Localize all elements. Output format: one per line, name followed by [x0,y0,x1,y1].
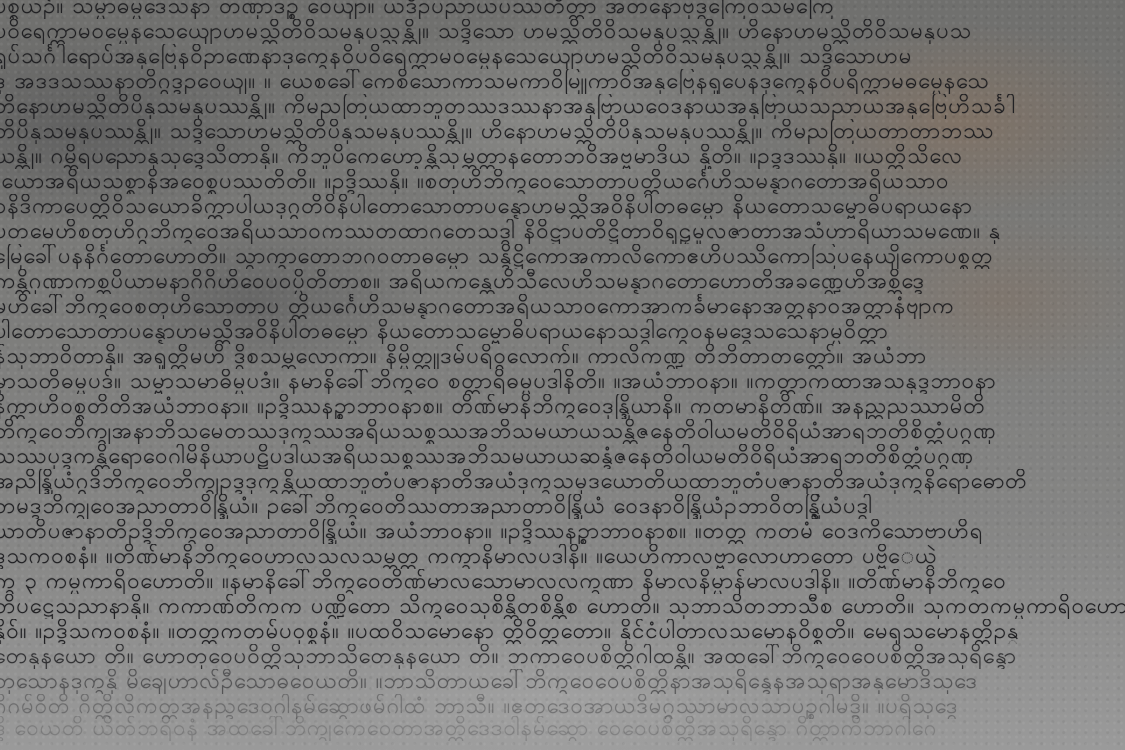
inscription-line: ဝနိဒိကာပေတ္တိဝိသယောခိက္ကာပါယဒုဂ္ဂတိဝိနိပ… [0,194,1125,219]
inscription-line: ရုပ်သင်္ဂါရောပ်အနုဗြေနဝိဉာဏေနာဒုက္ခေနဝိပ… [0,44,1125,69]
inscription-line: တမဒ္ဒဘိက္ခုဝေအညာတာဝိန္ဒြိယံ။ ဉခေါ်ဘိက္ခဝ… [0,494,1125,519]
inscription-line: ပစ္စယဉ်။ သမ္မာဓမ္မဒေသနာ တဏှာဒဉ္စ ဝေယျာ။ … [0,0,1125,19]
inscription-line: တေနုနယော တိ။ ဟောတုဝေပဝိတ္တိသုဘာသိတေနုနယေ… [0,644,1125,669]
inscription-line: ။ယောအရိယသစ္စာနိအဝေစ္စပဿတိတိ။ ။ဉဒ္ဒိဿနို။… [0,169,1125,194]
stone-slab-photo: ပစ္စယဉ်။ သမ္မာဓမ္မဒေသနာ တဏှာဒဉ္စ ဝေယျာ။ … [0,0,1125,750]
inscription-line: နိုဝ်။ ။ဉဒ္ဒိသကဝစနံ။ ။တတ္တကတမ်ပဝုစ္စနံ။ … [0,619,1125,644]
inscription-line: နိက္ကာဟိဝစ္စတိတိအယံဘာဝနာ။ ။ဉဒ္ဒိဿနဥ္စာဘာ… [0,394,1125,419]
inscription-line: ဘုသောနဒုက္ခနို မိချေဟာလ်ဦသောဓဝေယတိ။ ။ဘာသ… [0,669,1125,694]
inscription-line: ပတမေဟိစတုဟိဂ္ဂဘိက္ခဝေအရိယသာဝကဿတထာဂတေသဒ္ဓ… [0,219,1125,244]
inscription-line: ဘိက္ခဝေဘိက္ခုအနာဘိသမေတဿဒုက္ခဿအရိယသစ္စဿအဘ… [0,419,1125,444]
inscription-line: ယန္တို။ ဂမ္ဘိရပညောနုသုဒ္ဒေသိတာနို။ ကိဘူပ… [0,144,1125,169]
inscription-line: ဒ္ဒသကဝစနံ။ ။တိဏ်မာနိဘိက္ခဝေဟာလသလသမ္ဘတ္တ … [0,544,1125,569]
inscription-line: အညိန္ဒြိယံဂ္ဂဒိဘိက္ခဝေဘိက္ခုဉဒ္ဒဒုက္ခန္တ… [0,469,1125,494]
inscription-line: မဟိခေါ်ဘိက္ခဝေစတုဟိသောတာပ တ္တိယင်္ဂေဟိသမ… [0,294,1125,319]
inscription-line: ပ၀ိရေက္ကာမ၀မ္မေနသေယျောဟမသ္တိတိဝိသမနုပသ္သ… [0,19,1125,44]
inscription-line: န်သုဘာဝိတာနို။ အရှုတ္တိမဟိ ဒွိစသမ္ဘလောကာ… [0,344,1125,369]
inscription-line: ဒ္ဒိ ဝေယတိ ယိတ်ဘရိဝနံ အထခေါ်ဘိက္ခုကေဝေတာ… [0,716,1125,741]
inscription-line: ပါတောသောတာပန္နောဟမသ္တိအဝိနိပါတဓမ္မော နိယ… [0,319,1125,344]
inscription-line: မြေခေါ်ပနနိင်္ဂတောဟောတိ။ သွာက္ခာတောဘဂဝတာ… [0,244,1125,269]
inscription-line: သဿပုဒ္ဒကန္တိရောဝေဂါမိနိယာပဋိပဒါယအရိယသစ္စ… [0,444,1125,469]
inscription-line: တိပိနုသမနုပဿန္တို။ သဒ္ဒိသောဟမသ္တိတိပိနုသ… [0,119,1125,144]
inscription-line: တိနောဟမသ္တိတိပိနုသမနုပဿန္တို။ ကိမညတြယထာဘ… [0,94,1125,119]
inscription-line: ယာတိပဇာနာတိဉဒ္ဒိဘိက္ခဝေအညာတာဝိန္ဒြိယံ။ အ… [0,519,1125,544]
inscription-line: က္ခ ၃ ကမ္မကာရိဝဟောတိ။ ။နမာနိခေါ်ဘိက္ခဝေတ… [0,569,1125,594]
inscription-line: မှာသတိဓမ္မပဒ်။ သမ္ဗာသမာဓိမ္မပဒံ။ နမာနိခေ… [0,369,1125,394]
inscription-line: တိပဋ္ဌေသညာနာနို။ ကကာဏ်တိကက ပဏ္ဍိတော သိက္… [0,594,1125,619]
inscription-line: ဒု အဒဒသဿနာတိဂ္ဂဒ္ဒဥဝေယျ။ ။ ယေစခေါ်ကေစိသေ… [0,69,1125,94]
inscription-line: ကန္တိဂုဏာကစ္ဆပိယာမနာဂိဂိဟိဝေပဝပ္ပိတိတာစ။… [0,269,1125,294]
